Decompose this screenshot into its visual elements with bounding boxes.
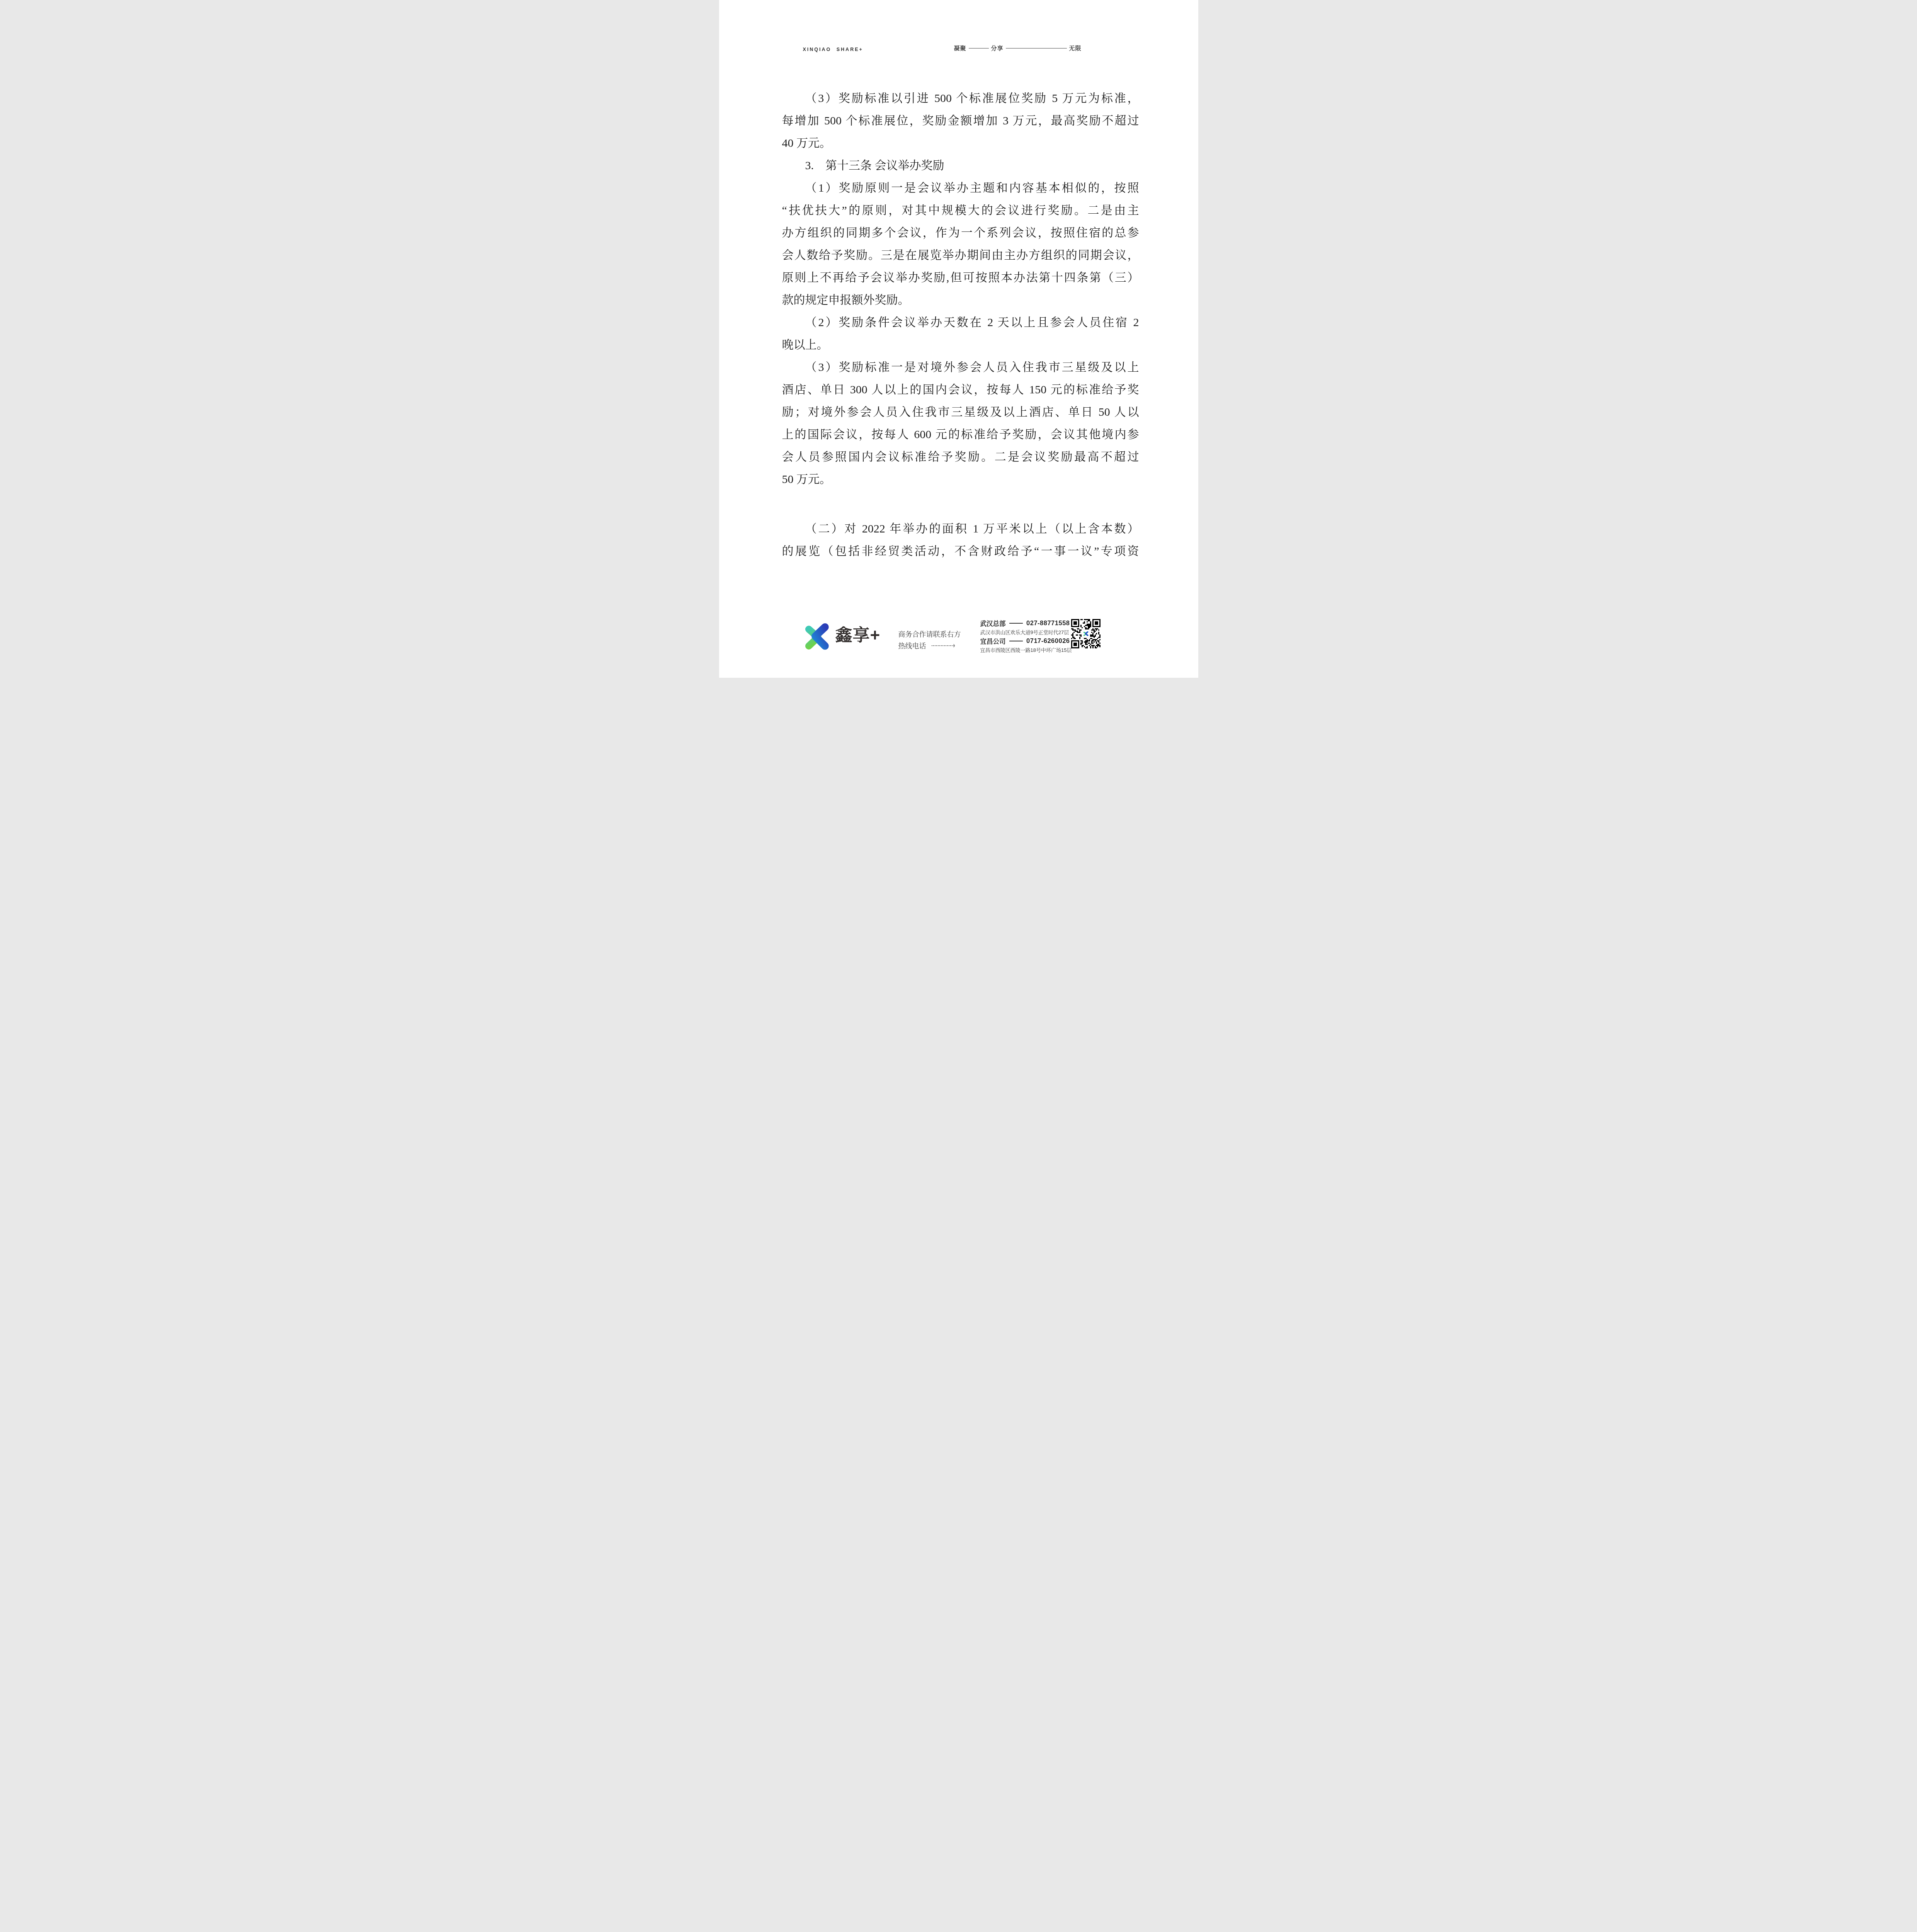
brand-wordmark: XINQIAO SHARE+ bbox=[803, 47, 863, 52]
header-slogan: 凝聚 分享 无限 bbox=[954, 44, 1109, 52]
contact-note-line2: 热线电话 bbox=[898, 641, 926, 651]
body-line: 40 万元。 bbox=[782, 132, 1139, 155]
body-line: 的展览（包括非经贸类活动，不含财政给予“一事一议”专项资 bbox=[782, 540, 1139, 563]
qr-center-logo-icon bbox=[1082, 629, 1090, 638]
body-line: 3. 第十三条 会议举办奖励 bbox=[782, 155, 1139, 177]
body-line: （3）奖励标准一是对境外参会人员入住我市三星级及以上 bbox=[782, 356, 1139, 379]
office-name: 宜昌公司 bbox=[980, 636, 1006, 646]
body-line: 上的国际会议，按每人 600 元的标准给予奖励，会议其他境内参 bbox=[782, 423, 1139, 446]
office-phone: 027-88771558 bbox=[1026, 620, 1070, 627]
body-line: 会人数给予奖励。三是在展览举办期间由主办方组织的同期会议， bbox=[782, 244, 1139, 267]
slogan-word-3: 无限 bbox=[1069, 44, 1082, 52]
footer-logo-wordmark: 鑫享+ bbox=[835, 624, 881, 646]
office-divider-line bbox=[1009, 641, 1023, 641]
body-line: 每增加 500 个标准展位，奖励金额增加 3 万元，最高奖励不超过 bbox=[782, 110, 1139, 132]
slogan-divider-line bbox=[1006, 48, 1067, 49]
body-line: 办方组织的同期多个会议，作为一个系列会议，按照住宿的总参 bbox=[782, 222, 1139, 244]
body-line: “扶优扶大”的原则，对其中规模大的会议进行奖励。二是由主 bbox=[782, 199, 1139, 222]
body-line: 晚以上。 bbox=[782, 334, 1139, 356]
office-name: 武汉总部 bbox=[980, 619, 1006, 628]
body-line: 酒店、单日 300 人以上的国内会议，按每人 150 元的标准给予奖 bbox=[782, 379, 1139, 401]
slogan-divider-line bbox=[969, 48, 989, 49]
body-line: 款的规定申报额外奖励。 bbox=[782, 289, 1139, 311]
office-phone: 0717-6260026 bbox=[1026, 638, 1070, 645]
body-line: 原则上不再给予会议举办奖励,但可按照本办法第十四条第（三） bbox=[782, 267, 1139, 289]
contact-note-line1: 商务合作请联系右方 bbox=[898, 629, 961, 639]
office-yichang: 宜昌公司 0717-6260026 宜昌市西陵区西陵一路18号中环广场15层 bbox=[980, 637, 1070, 653]
body-line: （3）奖励标准以引进 500 个标准展位奖励 5 万元为标准， bbox=[782, 87, 1139, 110]
x-butterfly-logo-icon bbox=[803, 621, 830, 653]
office-wuhan: 武汉总部 027-88771558 武汉市洪山区欢乐大道9号正堂时代27层 bbox=[980, 619, 1070, 635]
office-contact-list: 武汉总部 027-88771558 武汉市洪山区欢乐大道9号正堂时代27层 宜昌… bbox=[980, 619, 1070, 653]
qr-code bbox=[1071, 619, 1101, 648]
office-address: 武汉市洪山区欢乐大道9号正堂时代27层 bbox=[980, 628, 1070, 635]
body-line: （1）奖励原则一是会议举办主题和内容基本相似的，按照 bbox=[782, 177, 1139, 199]
business-contact-note: 商务合作请联系右方 热线电话 › bbox=[898, 630, 961, 650]
office-address: 宜昌市西陵区西陵一路18号中环广场15层 bbox=[980, 646, 1070, 653]
body-line: 会人员参照国内会议标准给予奖励。二是会议奖励最高不超过 bbox=[782, 446, 1139, 468]
document-body: （3）奖励标准以引进 500 个标准展位奖励 5 万元为标准，每增加 500 个… bbox=[782, 87, 1139, 563]
slogan-word-2: 分享 bbox=[991, 44, 1004, 52]
office-divider-line bbox=[1009, 623, 1023, 624]
body-line: 励；对境外参会人员入住我市三星级及以上酒店、单日 50 人以 bbox=[782, 401, 1139, 423]
dotted-arrow-right-icon: › bbox=[932, 642, 955, 649]
slogan-word-1: 凝聚 bbox=[954, 44, 966, 52]
body-line: 50 万元。 bbox=[782, 468, 1139, 491]
body-line: （2）奖励条件会议举办天数在 2 天以上且参会人员住宿 2 bbox=[782, 311, 1139, 334]
body-line: （二）对 2022 年举办的面积 1 万平米以上（以上含本数） bbox=[782, 518, 1139, 540]
document-page: XINQIAO SHARE+ 凝聚 分享 无限 （3）奖励标准以引进 500 个… bbox=[719, 0, 1198, 678]
